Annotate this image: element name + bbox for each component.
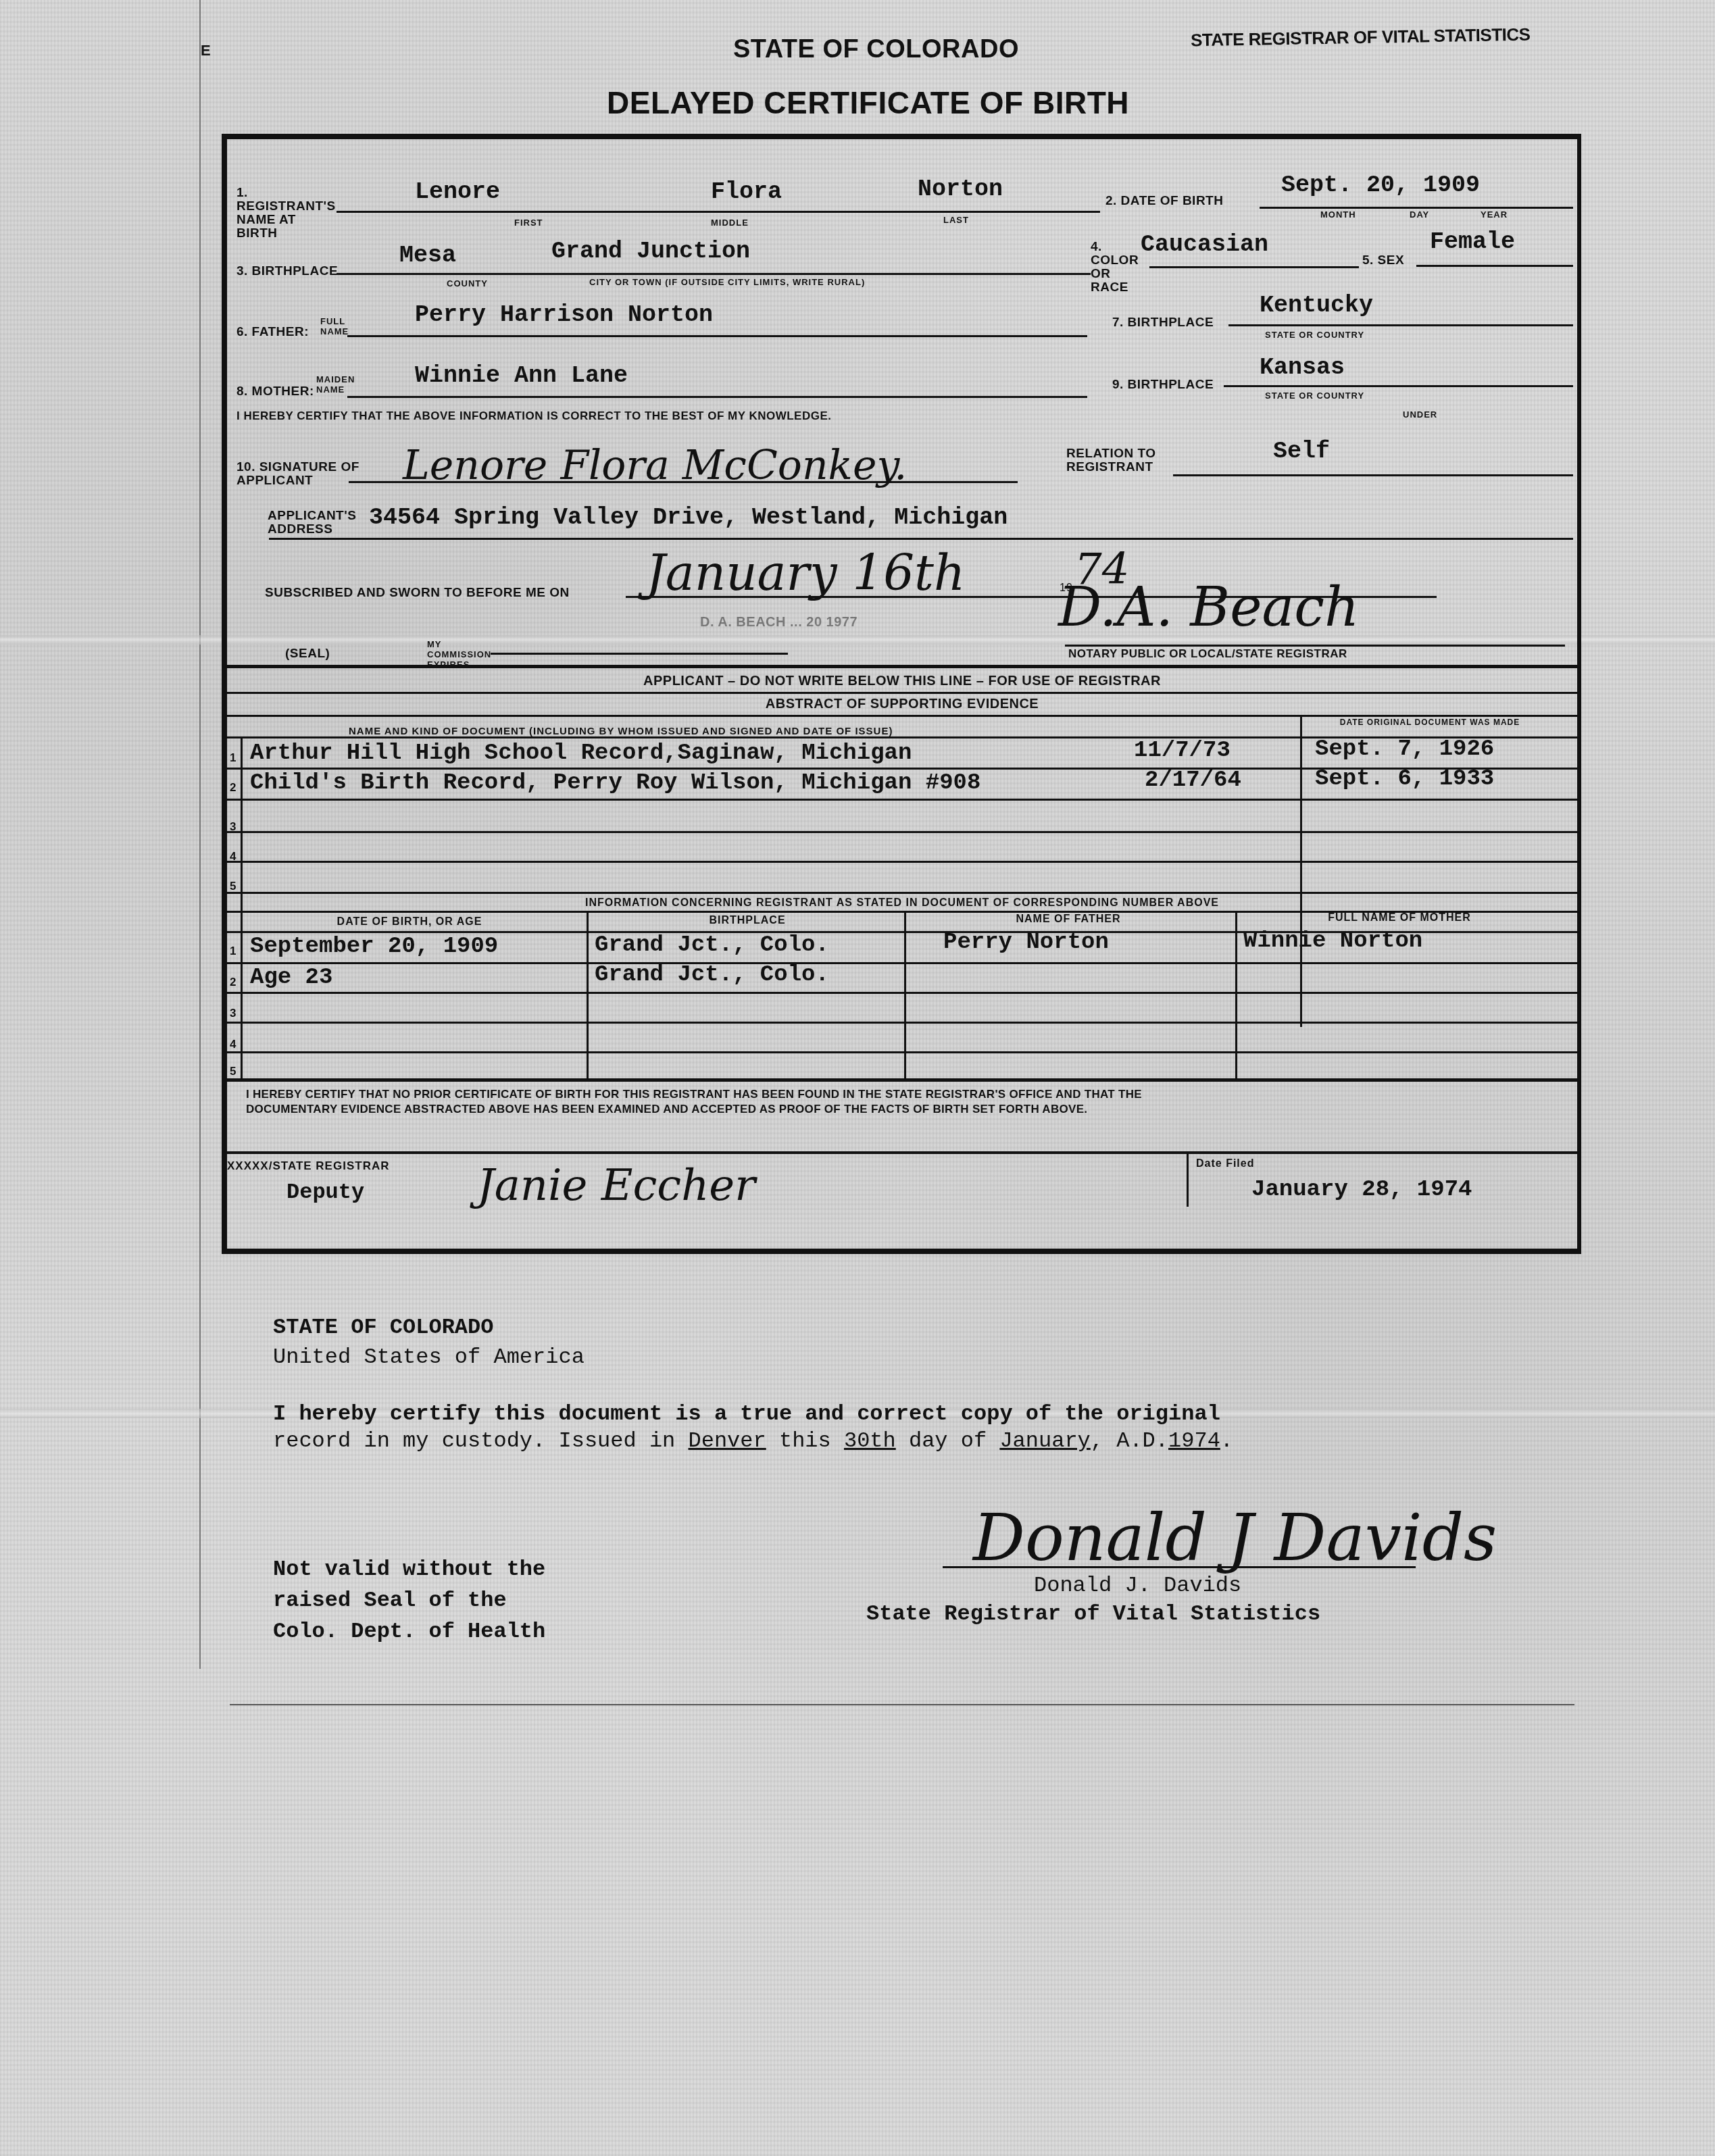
registrar-signature: Janie Eccher [477,1161,755,1211]
sub-day: DAY [1410,209,1429,220]
seal-label: (SEAL) [285,647,330,661]
signature-label: 10. SIGNATURE OF APPLICANT [237,461,365,488]
dob-value: Sept. 20, 1909 [1281,172,1480,199]
sub-month: MONTH [1320,209,1356,220]
cert-country: United States of America [273,1345,585,1370]
row-divider [227,799,1577,801]
father-sublabel: FULL NAME [320,316,350,336]
registrar-label: XXXXX/STATE REGISTRAR [227,1159,389,1173]
sex-underline [1416,265,1573,267]
registrant-first: Lenore [415,178,500,205]
registrar-title: Deputy [287,1180,364,1205]
info-col-mother: FULL NAME OF MOTHER [1241,912,1558,924]
father-bp-label: 7. BIRTHPLACE [1112,316,1214,330]
sex-label: 5. SEX [1362,254,1404,268]
cert-state: STATE OF COLORADO [273,1315,493,1340]
notary-underline [1065,645,1565,647]
mother-label: 8. MOTHER: [237,385,314,399]
mother-underline [347,396,1087,398]
registrar-certify-2: DOCUMENTARY EVIDENCE ABSTRACTED ABOVE HA… [246,1103,1087,1116]
birthplace-label: 3. BIRTHPLACE [237,265,338,278]
father-underline [347,335,1087,337]
certify-statement: I HEREBY CERTIFY THAT THE ABOVE INFORMAT… [237,409,832,423]
registrant-last: Norton [918,176,1003,203]
col-divider [1187,1151,1189,1207]
sworn-label: SUBSCRIBED AND SWORN TO BEFORE ME ON [265,586,570,600]
birthplace-county: Mesa [399,242,456,269]
address-label: APPLICANT'S ADDRESS [268,509,355,536]
registrar-banner: APPLICANT – DO NOT WRITE BELOW THIS LINE… [227,674,1577,688]
document-title: DELAYED CERTIFICATE OF BIRTH [607,84,1129,121]
divider [227,692,1577,694]
col-document-header: NAME AND KIND OF DOCUMENT (INCLUDING BY … [349,726,893,737]
divider [227,1151,1577,1154]
col-divider [1300,715,1302,1027]
sub-middle: MIDDLE [711,218,749,228]
abstract-title: ABSTRACT OF SUPPORTING EVIDENCE [227,697,1577,711]
row-divider [227,1051,1577,1053]
col-date-made-header: DATE ORIGINAL DOCUMENT WAS MADE [1301,718,1558,727]
certificate-form: 1. REGISTRANT'S NAME AT BIRTH Lenore Flo… [222,134,1581,1254]
race-value: Caucasian [1141,231,1268,258]
registrar-stamp: STATE REGISTRAR OF VITAL STATISTICS [1191,24,1531,51]
registrar-certify-1: I HEREBY CERTIFY THAT NO PRIOR CERTIFICA… [246,1088,1142,1101]
relation-label: RELATION TO REGISTRANT [1066,447,1168,474]
name-underline [337,211,1100,213]
row-divider [227,1022,1577,1024]
info-col-birthplace: BIRTHPLACE [592,915,903,927]
info-title: INFORMATION CONCERNING REGISTRANT AS STA… [227,897,1577,909]
info-col-dob: DATE OF BIRTH, OR AGE [241,916,578,928]
validity-note: Not valid without the raised Seal of the… [273,1554,545,1647]
notary-stamp: D. A. BEACH ... 20 1977 [700,615,857,630]
header-state: STATE OF COLORADO [733,35,1019,64]
registrar-signature-davids: Donald J Davids [973,1500,1497,1576]
sub-county: COUNTY [447,278,488,289]
sub-last: LAST [943,215,969,225]
mother-value: Winnie Ann Lane [415,362,628,389]
signature-underline [349,481,1018,483]
relation-value: Self [1273,438,1330,465]
row-divider [227,861,1577,863]
row-divider [227,962,1577,964]
section-divider [227,665,1577,668]
page-edge-mark: E [201,42,211,59]
date-filed-label: Date Filed [1196,1158,1254,1170]
father-label: 6. FATHER: [237,326,309,339]
sworn-date: January 16th [646,545,965,601]
signer-name: Donald J. Davids [1034,1573,1241,1598]
notary-label: NOTARY PUBLIC OR LOCAL/STATE REGISTRAR [1068,647,1347,661]
birthplace-underline [337,273,1091,275]
sub-year: YEAR [1481,209,1508,220]
cert-line2: record in my custody. Issued in Denver t… [273,1428,1233,1453]
sub-first: FIRST [514,218,543,228]
race-underline [1149,266,1359,268]
date-filed-value: January 28, 1974 [1251,1177,1472,1203]
bottom-edge [230,1704,1574,1705]
registrant-middle: Flora [711,178,782,205]
row-divider [227,892,1577,894]
cert-line1: I hereby certify this document is a true… [273,1401,1220,1426]
father-value: Perry Harrison Norton [415,301,713,328]
father-bp-value: Kentucky [1260,292,1373,319]
info-col-father: NAME OF FATHER [910,913,1227,926]
father-bp-underline [1228,324,1573,326]
commission-underline [491,653,788,655]
mother-sublabel: MAIDEN NAME [316,374,353,395]
divider [227,715,1577,717]
mother-bp-underline [1224,385,1573,387]
num-col-divider [241,931,243,1078]
signature-underline [943,1566,1416,1568]
page-edge [199,0,201,1669]
address-underline [269,538,1573,540]
divider [227,1078,1577,1082]
dob-label: 2. DATE OF BIRTH [1105,195,1223,208]
signer-title: State Registrar of Vital Statistics [866,1601,1320,1626]
notary-signature: D.A. Beach [1058,576,1360,638]
dob-underline [1260,207,1573,209]
sub-city: CITY OR TOWN (IF OUTSIDE CITY LIMITS, WR… [589,277,865,287]
birthplace-city: Grand Junction [551,238,750,265]
relation-underline [1173,474,1573,476]
address-value: 34564 Spring Valley Drive, Westland, Mic… [369,504,1008,531]
mother-bp-label: 9. BIRTHPLACE [1112,378,1214,392]
mother-bp-sub: STATE OR COUNTRY [1265,391,1364,401]
father-bp-sub: STATE OR COUNTRY [1265,330,1364,340]
row-divider [227,992,1577,994]
under-text: UNDER [1403,409,1437,420]
sex-value: Female [1430,228,1515,255]
registrant-label: 1. REGISTRANT'S NAME AT BIRTH [237,186,338,241]
mother-bp-value: Kansas [1260,354,1345,381]
row-divider [227,831,1577,833]
